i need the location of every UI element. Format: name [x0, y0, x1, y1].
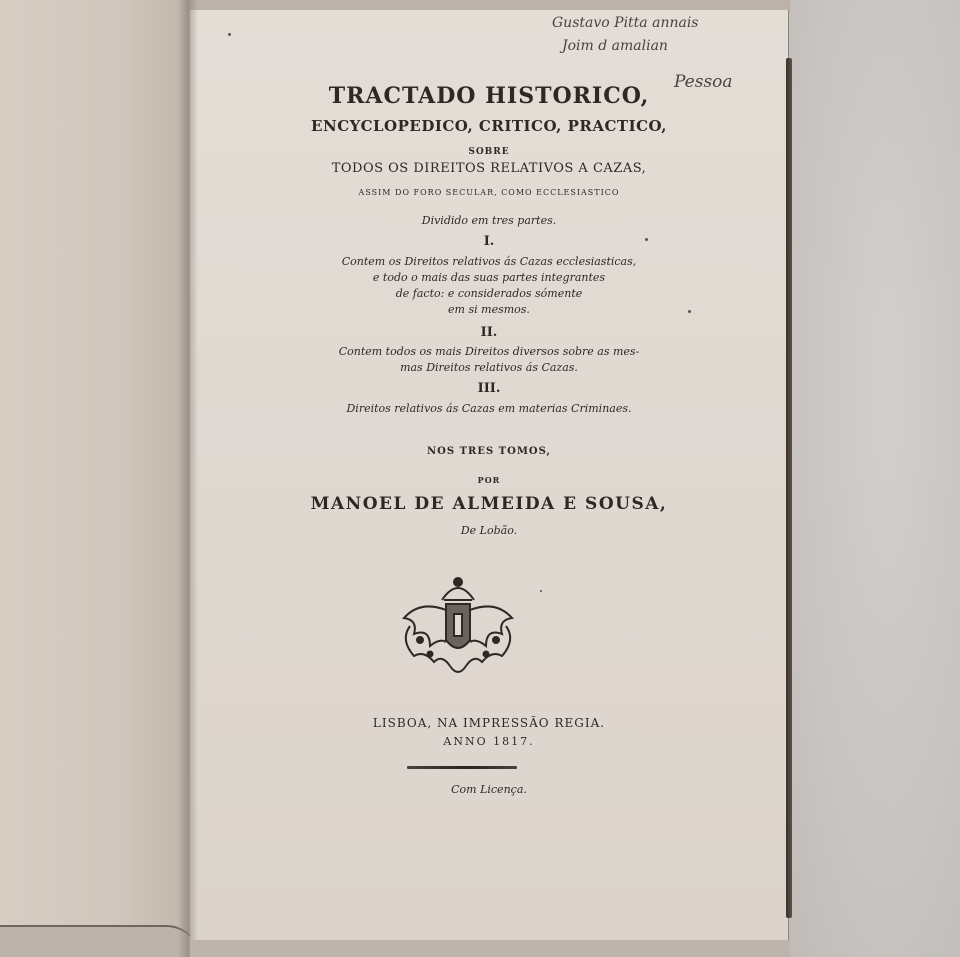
part-2-text: Contem todos os mais Direitos diversos s… [190, 344, 788, 376]
part-3-text: Direitos relativos ás Cazas em materias … [190, 402, 788, 415]
part-1-numeral: I. [190, 234, 788, 249]
title-line-4: ASSIM DO FORO SECULAR, COMO ECCLESIASTIC… [190, 188, 788, 197]
handwritten-note-line-2: Joim d amalian [562, 38, 668, 54]
royal-coat-of-arms-icon [390, 570, 526, 688]
title-line-2: ENCYCLOPEDICO, CRITICO, PRACTICO, [190, 117, 788, 135]
part-1-line: de facto: e considerados sómente [190, 286, 788, 302]
part-1-line: e todo o mais das suas partes integrante… [190, 270, 788, 286]
title-sobre: SOBRE [190, 147, 788, 157]
part-2-line: Contem todos os mais Direitos diversos s… [190, 344, 788, 360]
part-2-line: mas Direitos relativos ás Cazas. [190, 360, 788, 376]
foxing-spot [688, 310, 691, 313]
part-1-line: em si mesmos. [190, 302, 788, 318]
part-1-text: Contem os Direitos relativos ás Cazas ec… [190, 254, 788, 318]
left-page-curl [0, 925, 200, 957]
division-note: Dividido em tres partes. [190, 214, 788, 227]
page-bottom-edge [190, 940, 790, 957]
part-3-numeral: III. [190, 381, 788, 396]
part-1-line: Contem os Direitos relativos ás Cazas ec… [190, 254, 788, 270]
imprint: LISBOA, NA IMPRESSÃO REGIA. [190, 716, 788, 730]
por-line: POR [190, 475, 788, 485]
table-background [780, 0, 960, 957]
author-name: MANOEL DE ALMEIDA E SOUSA, [190, 494, 788, 514]
licence-note: Com Licença. [190, 783, 788, 796]
foxing-spot [228, 33, 231, 36]
publication-year: ANNO 1817. [190, 735, 788, 748]
author-subtitle: De Lobão. [190, 524, 788, 537]
handwritten-note-line-1: Gustavo Pitta annais [552, 15, 698, 31]
title-line-3: TODOS OS DIREITOS RELATIVOS A CAZAS, [190, 161, 788, 176]
left-page [0, 0, 190, 957]
decorative-rule [407, 766, 517, 769]
foxing-spot [645, 238, 648, 241]
foxing-spot [540, 590, 542, 592]
handwritten-signature: Pessoa [674, 72, 733, 92]
part-2-numeral: II. [190, 325, 788, 340]
volumes-line: NOS TRES TOMOS, [190, 446, 788, 457]
